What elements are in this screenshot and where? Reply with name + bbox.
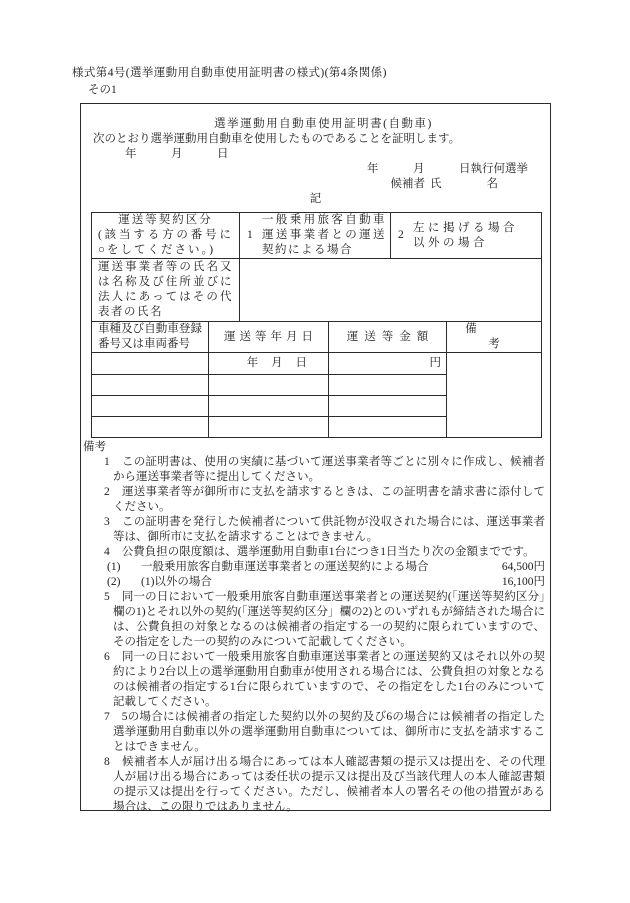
contract-option1-text: 一般乗用旅客自動車運送事業者との運送契約による場合 bbox=[262, 213, 390, 258]
note-number: 4 bbox=[104, 546, 110, 558]
note-text: 運送事業者等が御所市に支払を請求するときは、この証明書を請求書に添付してください… bbox=[113, 486, 545, 513]
amount-input-cell bbox=[329, 375, 447, 396]
form-part-label: その1 bbox=[88, 83, 117, 98]
note-number: 1 bbox=[104, 456, 110, 468]
limit-item-2: (2) (1)以外の場合 16,100円 bbox=[83, 575, 545, 590]
contract-category-table: 運送等契約区分 (該当する方の番号に○をしてください。) 1 一般乗用旅客自動車… bbox=[91, 212, 542, 322]
date-input-cell bbox=[209, 417, 329, 438]
note-number: 5 bbox=[104, 591, 110, 603]
note-item-7: 75の場合には候補者の指定した契約以外の契約及び6の場合には候補者の指定した選挙… bbox=[83, 710, 545, 755]
limit-item-text: (1)以外の場合 bbox=[141, 575, 212, 590]
note-number: 6 bbox=[104, 651, 110, 663]
vehicle-input-cell bbox=[92, 375, 209, 396]
usage-table-row: 年 月 日 円 bbox=[92, 353, 542, 375]
note-item-2: 2運送事業者等が御所市に支払を請求するときは、この証明書を請求書に添付してくださ… bbox=[83, 485, 545, 515]
date-input-cell bbox=[209, 375, 329, 396]
record-marker: 記 bbox=[81, 192, 550, 207]
certificate-box: 選挙運動用自動車使用証明書(自動車) 次のとおり選挙運動用自動車を使用したもので… bbox=[80, 103, 551, 811]
operator-name-input-cell bbox=[240, 259, 542, 322]
note-text: 同一の日において一般乗用旅客自動車運送事業者との運送契約又はそれ以外の契約により… bbox=[113, 651, 545, 708]
remarks-input-cell bbox=[447, 353, 542, 438]
declaration-text: 次のとおり選挙運動用自動車を使用したものであることを証明します。 bbox=[81, 132, 550, 147]
note-number: 8 bbox=[104, 756, 110, 768]
note-number: 3 bbox=[104, 516, 110, 528]
amount-input-cell bbox=[329, 396, 447, 417]
candidate-name-line: 候補者氏名 bbox=[81, 177, 550, 192]
operator-name-row: 運送事業者等の氏名又は名称及び住所並びに法人にあってはその代表者の氏名 bbox=[92, 259, 542, 322]
usage-table-header-row: 車種及び自動車登録番号又は車両番号 運送等年月日 運送等金額 備考 bbox=[92, 322, 542, 353]
amount-input-cell bbox=[329, 417, 447, 438]
candidate-label: 候補者 bbox=[391, 178, 426, 190]
contract-option2-number: 2 bbox=[391, 228, 413, 243]
contract-category-instruction: (該当する方の番号に○をしてください。) bbox=[92, 228, 239, 258]
issue-date-line: 年 月 日 bbox=[81, 147, 550, 162]
notes-heading: 備考 bbox=[83, 440, 545, 455]
vehicle-input-cell bbox=[92, 417, 209, 438]
note-number: 7 bbox=[104, 711, 110, 723]
note-text: 同一の日において一般乗用旅客自動車運送事業者との運送契約(「運送等契約区分」欄の… bbox=[113, 591, 545, 648]
amount-column-header: 運送等金額 bbox=[329, 322, 447, 353]
note-item-8: 8候補者本人が届け出る場合にあっては本人確認書類の提示又は提出を、その代理人が届… bbox=[83, 755, 545, 815]
contract-option2-cell: 2 左に掲げる場合 以外の場合 bbox=[391, 213, 542, 259]
contract-option1-number: 1 bbox=[240, 228, 262, 243]
limit-item-amount: 64,500円 bbox=[502, 560, 545, 575]
contract-category-header-cell: 運送等契約区分 (該当する方の番号に○をしてください。) bbox=[92, 213, 240, 259]
note-item-6: 6同一の日において一般乗用旅客自動車運送事業者との運送契約又はそれ以外の契約によ… bbox=[83, 650, 545, 710]
candidate-mei-label: 名 bbox=[487, 178, 499, 190]
limit-item-number: (1) bbox=[107, 560, 141, 575]
note-item-3: 3この証明書を発行した候補者について供託物が没収された場合には、運送事業者等は、… bbox=[83, 515, 545, 545]
note-text: 5の場合には候補者の指定した契約以外の契約及び6の場合には候補者の指定した選挙運… bbox=[113, 711, 545, 753]
vehicle-column-header: 車種及び自動車登録番号又は車両番号 bbox=[92, 322, 209, 353]
date-input-cell bbox=[209, 396, 329, 417]
contract-category-title: 運送等契約区分 bbox=[92, 213, 239, 228]
vehicle-input-cell bbox=[92, 353, 209, 375]
note-text: この証明書を発行した候補者について供託物が没収された場合には、運送事業者等は、御… bbox=[113, 516, 545, 543]
operator-name-label: 運送事業者等の氏名又は名称及び住所並びに法人にあってはその代表者の氏名 bbox=[92, 259, 240, 322]
note-item-5: 5同一の日において一般乗用旅客自動車運送事業者との運送契約(「運送等契約区分」欄… bbox=[83, 590, 545, 650]
form-style-heading: 様式第4号(選挙運動用自動車使用証明書の様式)(第4条関係) bbox=[72, 66, 387, 81]
note-text: 候補者本人が届け出る場合にあっては本人確認書類の提示又は提出を、その代理人が届け… bbox=[113, 756, 545, 813]
contract-option2-text: 左に掲げる場合 以外の場合 bbox=[413, 221, 541, 251]
notes-section: 備考 1この証明書は、使用の実績に基づいて運送事業者等ごとに別々に作成し、候補者… bbox=[83, 440, 545, 815]
remarks-column-header: 備考 bbox=[447, 322, 542, 353]
certificate-title: 選挙運動用自動車使用証明書(自動車) bbox=[81, 104, 550, 132]
note-item-4: 4公費負担の限度額は、選挙運動用自動車1台につき1日当たり次の金額までです。 bbox=[83, 545, 545, 560]
note-number: 2 bbox=[104, 486, 110, 498]
contract-option1-cell: 1 一般乗用旅客自動車運送事業者との運送契約による場合 bbox=[240, 213, 391, 259]
candidate-sei-label: 氏 bbox=[430, 178, 442, 190]
form-sheet: 様式第4号(選挙運動用自動車使用証明書の様式)(第4条関係) その1 選挙運動用… bbox=[0, 0, 630, 903]
amount-unit-cell: 円 bbox=[329, 353, 447, 375]
usage-record-table: 車種及び自動車登録番号又は車両番号 運送等年月日 運送等金額 備考 年 月 日 … bbox=[91, 321, 542, 438]
note-text: 公費負担の限度額は、選挙運動用自動車1台につき1日当たり次の金額までです。 bbox=[122, 546, 535, 558]
limit-item-1: (1) 一般乗用旅客自動車運送事業者との運送契約による場合 64,500円 bbox=[83, 560, 545, 575]
limit-item-amount: 16,100円 bbox=[502, 575, 545, 590]
limit-item-text: 一般乗用旅客自動車運送事業者との運送契約による場合 bbox=[141, 560, 429, 575]
date-unit-cell: 年 月 日 bbox=[209, 353, 329, 375]
contract-category-row: 運送等契約区分 (該当する方の番号に○をしてください。) 1 一般乗用旅客自動車… bbox=[92, 213, 542, 259]
election-name-line: 年 月 日執行何選挙 bbox=[81, 162, 550, 177]
note-item-1: 1この証明書は、使用の実績に基づいて運送事業者等ごとに別々に作成し、候補者から運… bbox=[83, 455, 545, 485]
vehicle-input-cell bbox=[92, 396, 209, 417]
date-column-header: 運送等年月日 bbox=[209, 322, 329, 353]
limit-item-number: (2) bbox=[107, 575, 141, 590]
note-text: この証明書は、使用の実績に基づいて運送事業者等ごとに別々に作成し、候補者から運送… bbox=[113, 456, 545, 483]
